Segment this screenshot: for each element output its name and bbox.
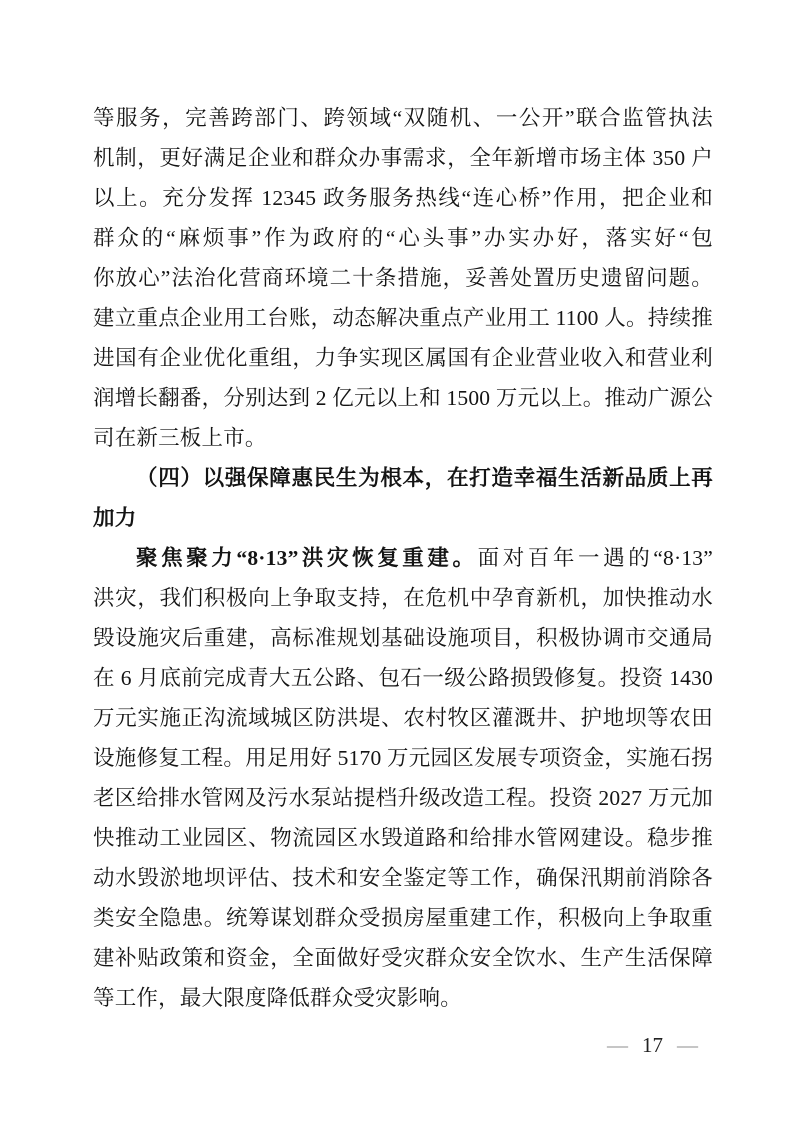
page-number-value: 17 bbox=[642, 1033, 663, 1057]
paragraph-line: 快推动工业园区、物流园区水毁道路和给排水管网建设。稳步推 bbox=[93, 818, 713, 858]
page-number-dash-right: — bbox=[677, 1033, 698, 1057]
paragraph-line: 你放心”法治化营商环境二十条措施，妥善处置历史遗留问题。 bbox=[93, 258, 713, 298]
paragraph-line: 建补贴政策和资金，全面做好受灾群众安全饮水、生产生活保障 bbox=[93, 938, 713, 978]
paragraph-line: 建立重点企业用工台账，动态解决重点产业用工 1100 人。持续推 bbox=[93, 298, 713, 338]
bold-lead-sentence: 聚焦聚力“8·13”洪灾恢复重建。 bbox=[136, 546, 478, 570]
paragraph-line: 等服务，完善跨部门、跨领域“双随机、一公开”联合监管执法 bbox=[93, 98, 713, 138]
paragraph-line: 群众的“麻烦事”作为政府的“心头事”办实办好，落实好“包 bbox=[93, 218, 713, 258]
paragraph-text: 面对百年一遇的“8·13” bbox=[478, 546, 713, 570]
paragraph-line: 老区给排水管网及污水泵站提档升级改造工程。投资 2027 万元加 bbox=[93, 778, 713, 818]
text-block: 等服务，完善跨部门、跨领域“双随机、一公开”联合监管执法 机制，更好满足企业和群… bbox=[93, 98, 713, 1018]
paragraph-line: 等工作，最大限度降低群众受灾影响。 bbox=[93, 978, 713, 1018]
paragraph-line: 润增长翻番，分别达到 2 亿元以上和 1500 万元以上。推动广源公 bbox=[93, 378, 713, 418]
page-number-dash-left: — bbox=[607, 1033, 628, 1057]
paragraph-line: 进国有企业优化重组，力争实现区属国有企业营业收入和营业利 bbox=[93, 338, 713, 378]
paragraph-line: 司在新三板上市。 bbox=[93, 418, 713, 458]
paragraph-line: 机制，更好满足企业和群众办事需求，全年新增市场主体 350 户 bbox=[93, 138, 713, 178]
document-page: 等服务，完善跨部门、跨领域“双随机、一公开”联合监管执法 机制，更好满足企业和群… bbox=[0, 0, 793, 1122]
paragraph-line: 万元实施正沟流域城区防洪堤、农村牧区灌溉井、护地坝等农田 bbox=[93, 698, 713, 738]
section-heading-line-2: 加力 bbox=[93, 498, 713, 538]
paragraph-line: 在 6 月底前完成青大五公路、包石一级公路损毁修复。投资 1430 bbox=[93, 658, 713, 698]
paragraph-line: 类安全隐患。统筹谋划群众受损房屋重建工作，积极向上争取重 bbox=[93, 898, 713, 938]
section-heading-line-1: （四）以强保障惠民生为根本，在打造幸福生活新品质上再 bbox=[93, 458, 713, 498]
paragraph-line: 聚焦聚力“8·13”洪灾恢复重建。面对百年一遇的“8·13” bbox=[93, 538, 713, 578]
paragraph-line: 毁设施灾后重建，高标准规划基础设施项目，积极协调市交通局 bbox=[93, 618, 713, 658]
paragraph-line: 以上。充分发挥 12345 政务服务热线“连心桥”作用，把企业和 bbox=[93, 178, 713, 218]
page-number: —17— bbox=[607, 1031, 698, 1059]
paragraph-line: 设施修复工程。用足用好 5170 万元园区发展专项资金，实施石拐 bbox=[93, 738, 713, 778]
paragraph-line: 动水毁淤地坝评估、技术和安全鉴定等工作，确保汛期前消除各 bbox=[93, 858, 713, 898]
paragraph-line: 洪灾，我们积极向上争取支持，在危机中孕育新机，加快推动水 bbox=[93, 578, 713, 618]
